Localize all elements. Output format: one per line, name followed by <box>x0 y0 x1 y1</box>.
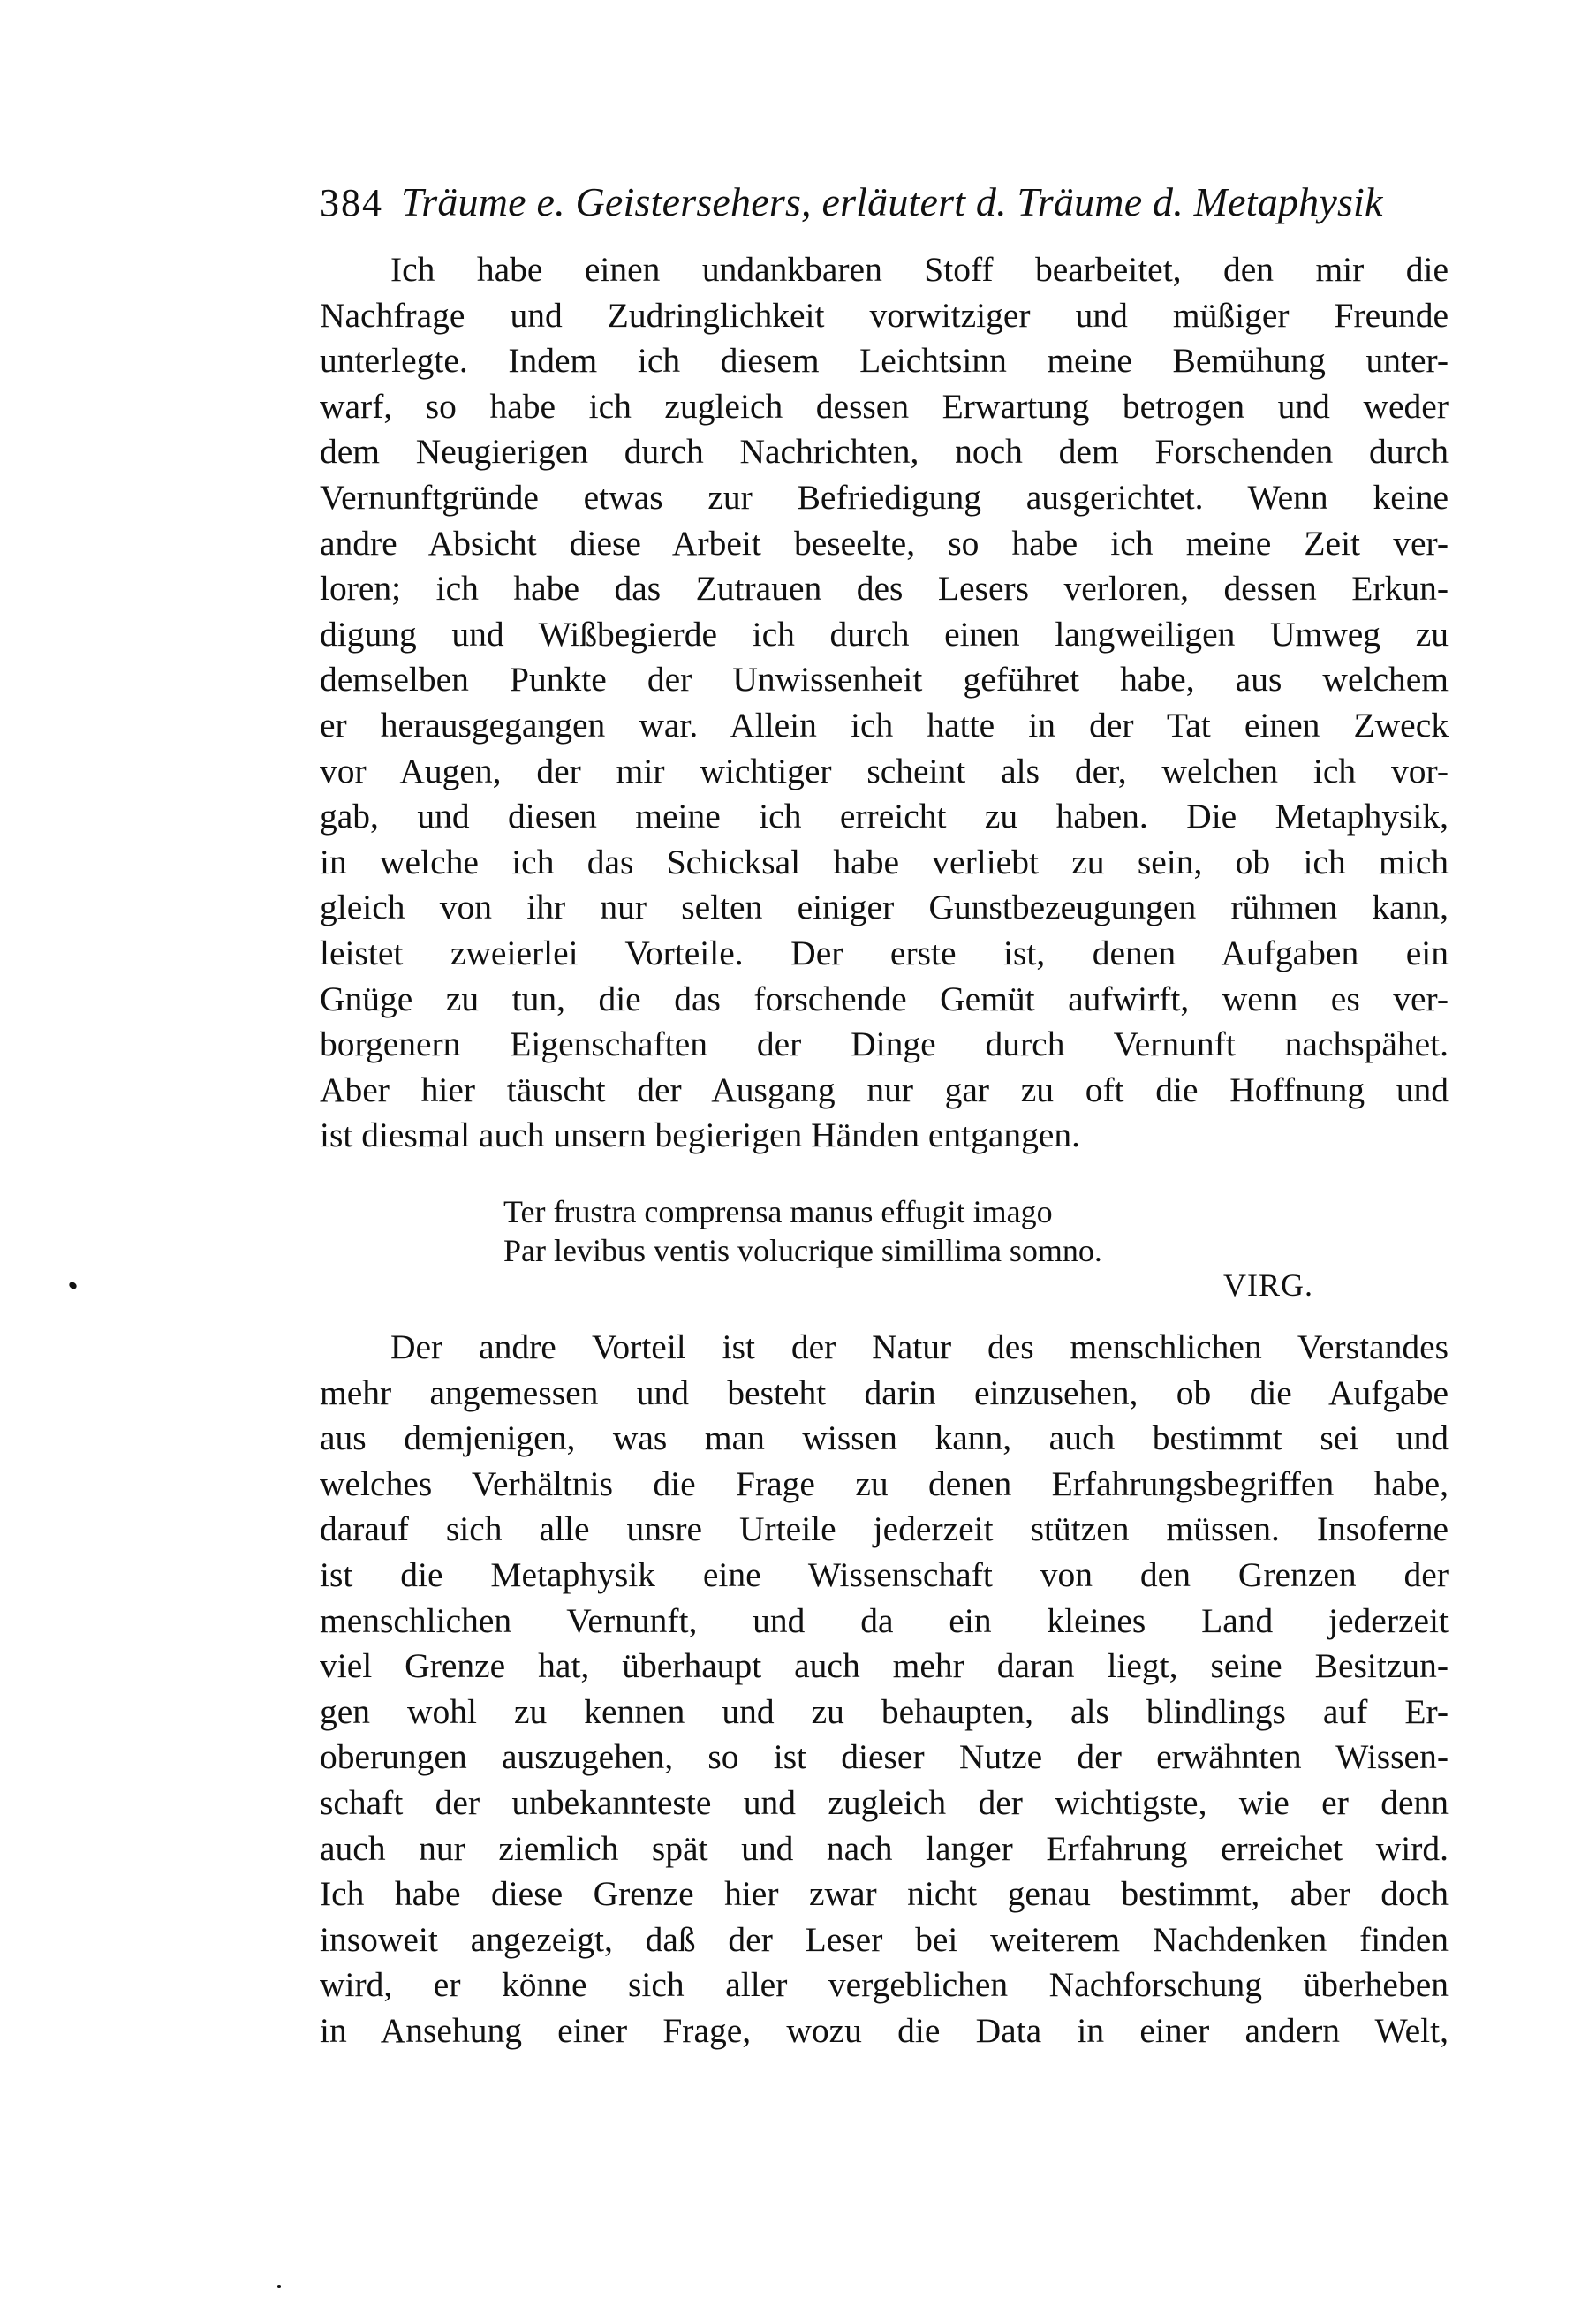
text-line: er herausgegangen war. Allein ich hatte … <box>320 703 1449 749</box>
quotation-line: Par levibus ventis volucrique simillima … <box>503 1231 1254 1270</box>
quotation-line: Ter frustra comprensa manus effugit imag… <box>503 1192 1254 1231</box>
scan-speck-mark <box>68 1281 78 1290</box>
scan-speck-mark <box>277 2285 281 2288</box>
text-line: demselben Punkte der Unwissenheit geführ… <box>320 657 1449 703</box>
text-line: ist diesmal auch unsern begierigen Hände… <box>320 1113 1449 1159</box>
text-line: oberungen auszugehen, so ist dieser Nutz… <box>320 1735 1449 1781</box>
text-line: menschlichen Vernunft, und da ein kleine… <box>320 1599 1449 1645</box>
text-line: dem Neugierigen durch Nachrichten, noch … <box>320 429 1449 475</box>
text-line: welches Verhältnis die Frage zu denen Er… <box>320 1462 1449 1508</box>
text-line: wird, er könne sich aller vergeblichen N… <box>320 1962 1449 2008</box>
text-line: unterlegte. Indem ich diesem Leichtsinn … <box>320 338 1449 384</box>
running-head: 384Träume e. Geistersehers, erläutert d.… <box>320 178 1450 240</box>
text-line: vor Augen, der mir wichtiger scheint als… <box>320 749 1449 795</box>
latin-quotation: Ter frustra comprensa manus effugit imag… <box>503 1192 1254 1270</box>
text-line: Gnüge zu tun, die das forschende Gemüt a… <box>320 977 1449 1023</box>
text-line: aus demjenigen, was man wissen kann, auc… <box>320 1416 1449 1462</box>
paragraph-1: Ich habe einen undankbaren Stoff bearbei… <box>320 247 1449 1159</box>
text-line: gleich von ihr nur selten einiger Gunstb… <box>320 885 1449 931</box>
running-title: Träume e. Geistersehers, erläutert d. Tr… <box>401 179 1383 224</box>
text-line: Vernunftgründe etwas zur Befriedigung au… <box>320 475 1449 521</box>
text-line: mehr angemessen und besteht darin einzus… <box>320 1371 1449 1417</box>
text-line: warf, so habe ich zugleich dessen Erwart… <box>320 384 1449 430</box>
text-line: schaft der unbekannteste und zugleich de… <box>320 1781 1449 1826</box>
text-line: in Ansehung einer Frage, wozu die Data i… <box>320 2008 1449 2054</box>
text-line: darauf sich alle unsre Urteile jederzeit… <box>320 1507 1449 1553</box>
text-line: Aber hier täuscht der Ausgang nur gar zu… <box>320 1068 1449 1114</box>
text-line: Nachfrage und Zudringlichkeit vorwitzige… <box>320 293 1449 339</box>
text-line: auch nur ziemlich spät und nach langer E… <box>320 1826 1449 1872</box>
text-line: viel Grenze hat, überhaupt auch mehr dar… <box>320 1644 1449 1690</box>
paragraph-2: Der andre Vorteil ist der Natur des mens… <box>320 1325 1449 2054</box>
text-line: digung und Wißbegierde ich durch einen l… <box>320 612 1449 658</box>
quotation-source: VIRG. <box>1223 1267 1313 1304</box>
text-line: ist die Metaphysik eine Wissenschaft von… <box>320 1553 1449 1599</box>
text-line: loren; ich habe das Zutrauen des Lesers … <box>320 566 1449 612</box>
text-line: Der andre Vorteil ist der Natur des mens… <box>320 1325 1449 1371</box>
text-line: insoweit angezeigt, daß der Leser bei we… <box>320 1917 1449 1963</box>
text-line: gen wohl zu kennen und zu behaupten, als… <box>320 1690 1449 1735</box>
text-line: Ich habe diese Grenze hier zwar nicht ge… <box>320 1872 1449 1917</box>
text-line: borgenern Eigenschaften der Dinge durch … <box>320 1022 1449 1068</box>
text-line: Ich habe einen undankbaren Stoff bearbei… <box>320 247 1449 293</box>
text-line: leistet zweierlei Vorteile. Der erste is… <box>320 931 1449 977</box>
text-line: andre Absicht diese Arbeit beseelte, so … <box>320 521 1449 567</box>
text-line: in welche ich das Schicksal habe verlieb… <box>320 840 1449 886</box>
page-number: 384 <box>320 181 383 224</box>
text-line: gab, und diesen meine ich erreicht zu ha… <box>320 794 1449 840</box>
